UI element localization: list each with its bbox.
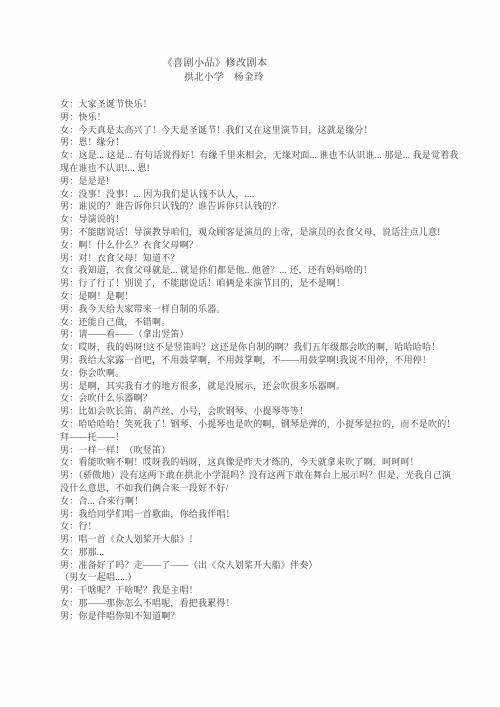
dialogue-line: 男：准备好了吗？走——了——（出《众人划桨开大船》伴奏） <box>60 559 460 572</box>
dialogue-line: 男：（骄傲地）没有这两下敢在拱北小学混吗？没有这两下敢在舞台上展示吗？但是，光我… <box>60 469 460 495</box>
dialogue-line: 男：一样一样！（吹竖笛） <box>60 444 460 457</box>
dialogue-line: 男：恩！缘分！ <box>60 136 460 149</box>
dialogue-line: 女：行！ <box>60 520 460 533</box>
dialogue-line: 女：没事！没事！... 因为我们是认钱不认人，.... <box>60 188 460 201</box>
dialogue-line: 男：我今天给大家带来一样自制的乐器。 <box>60 303 460 316</box>
dialogue-line: 男：你是伴唱你知不知道啊？ <box>60 610 460 623</box>
dialogue-line: 女：今天真是太高兴了！今天是圣诞节！我们又在这里演节目，这就是缘分！ <box>60 124 460 137</box>
dialogue-line: 女：那——那你怎么不唱呢，看把我累得！ <box>60 597 460 610</box>
dialogue-line: 女：还能自己做，不错啊。 <box>60 316 460 329</box>
document-page: 《喜剧小品》修改剧本 拱北小学 杨金玲 女：大家圣诞节快乐！ 男：快乐！ 女：今… <box>0 0 500 707</box>
dialogue-line: 男：比如会吹长笛、葫芦丝、小号，会吹钢琴、小提琴等等！ <box>60 405 460 418</box>
script-title: 《喜剧小品》修改剧本 <box>0 57 430 70</box>
dialogue-body: 女：大家圣诞节快乐！ 男：快乐！ 女：今天真是太高兴了！今天是圣诞节！我们又在这… <box>60 98 460 623</box>
dialogue-line: 男：谁说的？谁告诉你只认钱的？谁告诉你只认钱的？ <box>60 200 460 213</box>
dialogue-line: 男：快乐！ <box>60 111 460 124</box>
dialogue-line: 女：啊！什么什么？衣食父母啊？ <box>60 239 460 252</box>
dialogue-line: 男：是是是! <box>60 175 460 188</box>
dialogue-line: 女：那那... <box>60 546 460 559</box>
dialogue-line: 女：这是... 这是... 有句话说得好！有缘千里来相会，无缘对面... 谁也不… <box>60 149 460 175</box>
dialogue-line: 男：干啥呢？干啥呢？我是主唱！ <box>60 584 460 597</box>
dialogue-line: 男：请——看——（拿出竖笛） <box>60 328 460 341</box>
dialogue-line: 男：唱一首《众人划桨开大船》！ <box>60 533 460 546</box>
document-header: 《喜剧小品》修改剧本 拱北小学 杨金玲 <box>0 0 500 85</box>
stage-direction-line: （男女一起唱.....） <box>60 571 460 584</box>
dialogue-line: 女：是啊！是啊！ <box>60 290 460 303</box>
dialogue-line: 男：是啊，其实我有才的地方很多，就是没展示，还会吹很多乐器啊。 <box>60 380 460 393</box>
dialogue-line: 男：对！衣食父母！知道不？ <box>60 252 460 265</box>
dialogue-line: 女：哎呀，我的妈呀!这不是竖笛吗？这还是你自制的啊？我们五年级都会吹的啊，哈哈哈… <box>60 341 460 354</box>
dialogue-line: 女：合... 合来行啊！ <box>60 495 460 508</box>
dialogue-line: 女：看能吹响不啊！哎呀我的妈呀，这真像是昨天才练的，今天就拿来吹了啊，呵呵呵！ <box>60 456 460 469</box>
dialogue-line: 男：我给大家露一首吧，不用鼓掌啊，不用鼓掌啊，不——用鼓掌啊!我说不用停，不用停… <box>60 354 460 367</box>
dialogue-line: 女：大家圣诞节快乐！ <box>60 98 460 111</box>
dialogue-line: 女：你会吹啊。 <box>60 367 460 380</box>
dialogue-line: 女：我知道，衣食父母就是... 就是你们都是他.. 他爸？... 还，还有妈妈啥… <box>60 264 460 277</box>
script-byline: 拱北小学 杨金玲 <box>0 72 448 85</box>
dialogue-line: 男：我给同学们唱一首歌曲，你给我伴唱！ <box>60 508 460 521</box>
dialogue-line: 男：不能瞎说话！导演教导咱们，观众顾客是演员的上帝，是演员的衣食父母，说话注点儿… <box>60 226 460 239</box>
dialogue-line: 男：行了行了！别说了，不能瞎说话！咱俩是来演节目的，是不是啊！ <box>60 277 460 290</box>
dialogue-line: 女：会吹什么乐器啊？ <box>60 392 460 405</box>
dialogue-line: 女：导演说的！ <box>60 213 460 226</box>
dialogue-line: 女：哈哈哈哈！笑死我了！钢琴、小提琴也是吹的啊，钢琴是弹的，小提琴是拉的，而不是… <box>60 418 460 444</box>
